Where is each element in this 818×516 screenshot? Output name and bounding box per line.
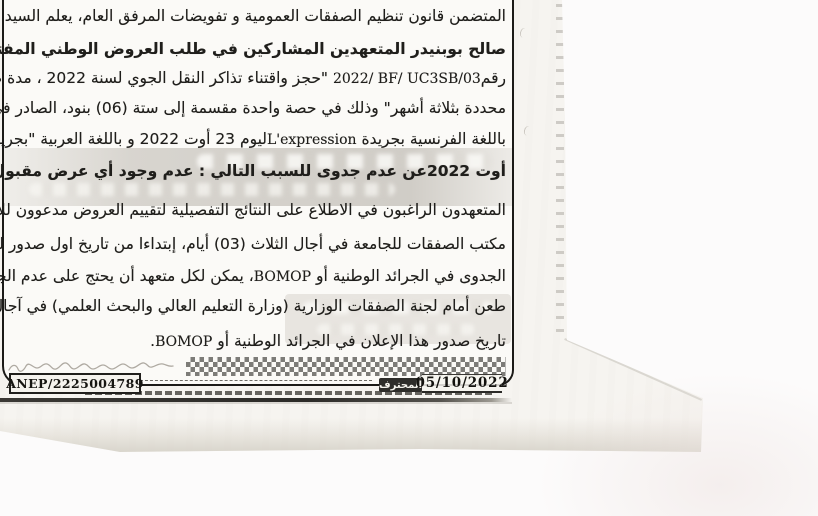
anep-reference-box: ANEP/2225004789 (9, 373, 141, 394)
torn-paper-edge (556, 0, 564, 342)
bomop-reference: BOMOP (254, 269, 311, 285)
notice-line: طعن أمام لجنة الصفقات الوزارية (وزارة ال… (10, 291, 506, 322)
notice-line: المتضمن قانون تنظيم الصفقات العمومية و ت… (10, 1, 506, 32)
notice-line: باللغة الفرنسية بجريدة L'expressionليوم … (10, 124, 506, 155)
anep-reference-text: ANEP/2225004789 (6, 376, 144, 391)
notice-line-segment: ليوم 23 أوت 2022 و باللغة العربية "بجريد… (0, 130, 267, 148)
paper-bottom-shadow (0, 418, 706, 454)
notice-line: صالح بوبنيدر المتعهدين المشاركين في طلب … (10, 34, 506, 65)
notice-line-segment: "حجز واقتناء تذاكر النقل الجوي لسنة 2022… (0, 69, 333, 87)
notice-line-segment: باللغة الفرنسية بجريدة (357, 130, 506, 148)
newspaper-name-lexpression: L'expression (267, 132, 357, 148)
bomop-reference: BOMOP (155, 334, 212, 350)
notice-line: المتعهدون الراغبون في الاطلاع على النتائ… (10, 195, 506, 226)
notice-line: مكتب الصفقات للجامعة في أجال الثلاث (03)… (10, 229, 506, 260)
newsprint-clipping: المتضمن قانون تنظيم الصفقات العمومية و ت… (0, 0, 818, 516)
publication-date-stamp: 05/10/2022 (422, 374, 502, 393)
pencil-mark (523, 125, 533, 137)
torn-paper-corner (564, 338, 702, 401)
notice-line: رقم2022/ BF/ UC3SB/03 "حجز واقتناء تذاكر… (10, 63, 506, 94)
dashed-separator (140, 380, 372, 385)
notice-line: الجدوى في الجرائد الوطنية أو BOMOP، يمكن… (10, 261, 506, 292)
notice-line-segment: الجدوى في الجرائد الوطنية أو (311, 267, 506, 285)
notice-line-segment: ، يمكن لكل متعهد أن يحتج على عدم الجدوى … (0, 267, 254, 285)
tender-reference-number: 2022/ BF/ UC3SB/03 (333, 71, 481, 87)
notice-line: محددة بثلاثة أشهر" وذلك في حصة واحدة مقس… (10, 93, 506, 124)
notice-line: أوت 2022عن عدم جدوى للسبب التالي : عدم و… (10, 156, 506, 187)
publication-date-text: 05/10/2022 (416, 375, 509, 391)
pencil-mark (519, 27, 529, 39)
scanned-newspaper-page: المتضمن قانون تنظيم الصفقات العمومية و ت… (0, 0, 818, 516)
notice-line-segment: تاريخ صدور هذا الإعلان في الجرائد الوطني… (212, 332, 506, 350)
notice-line: تاريخ صدور هذا الإعلان في الجرائد الوطني… (10, 326, 506, 357)
notice-line-segment: رقم (481, 69, 506, 87)
column-bottom-rule (0, 398, 512, 402)
